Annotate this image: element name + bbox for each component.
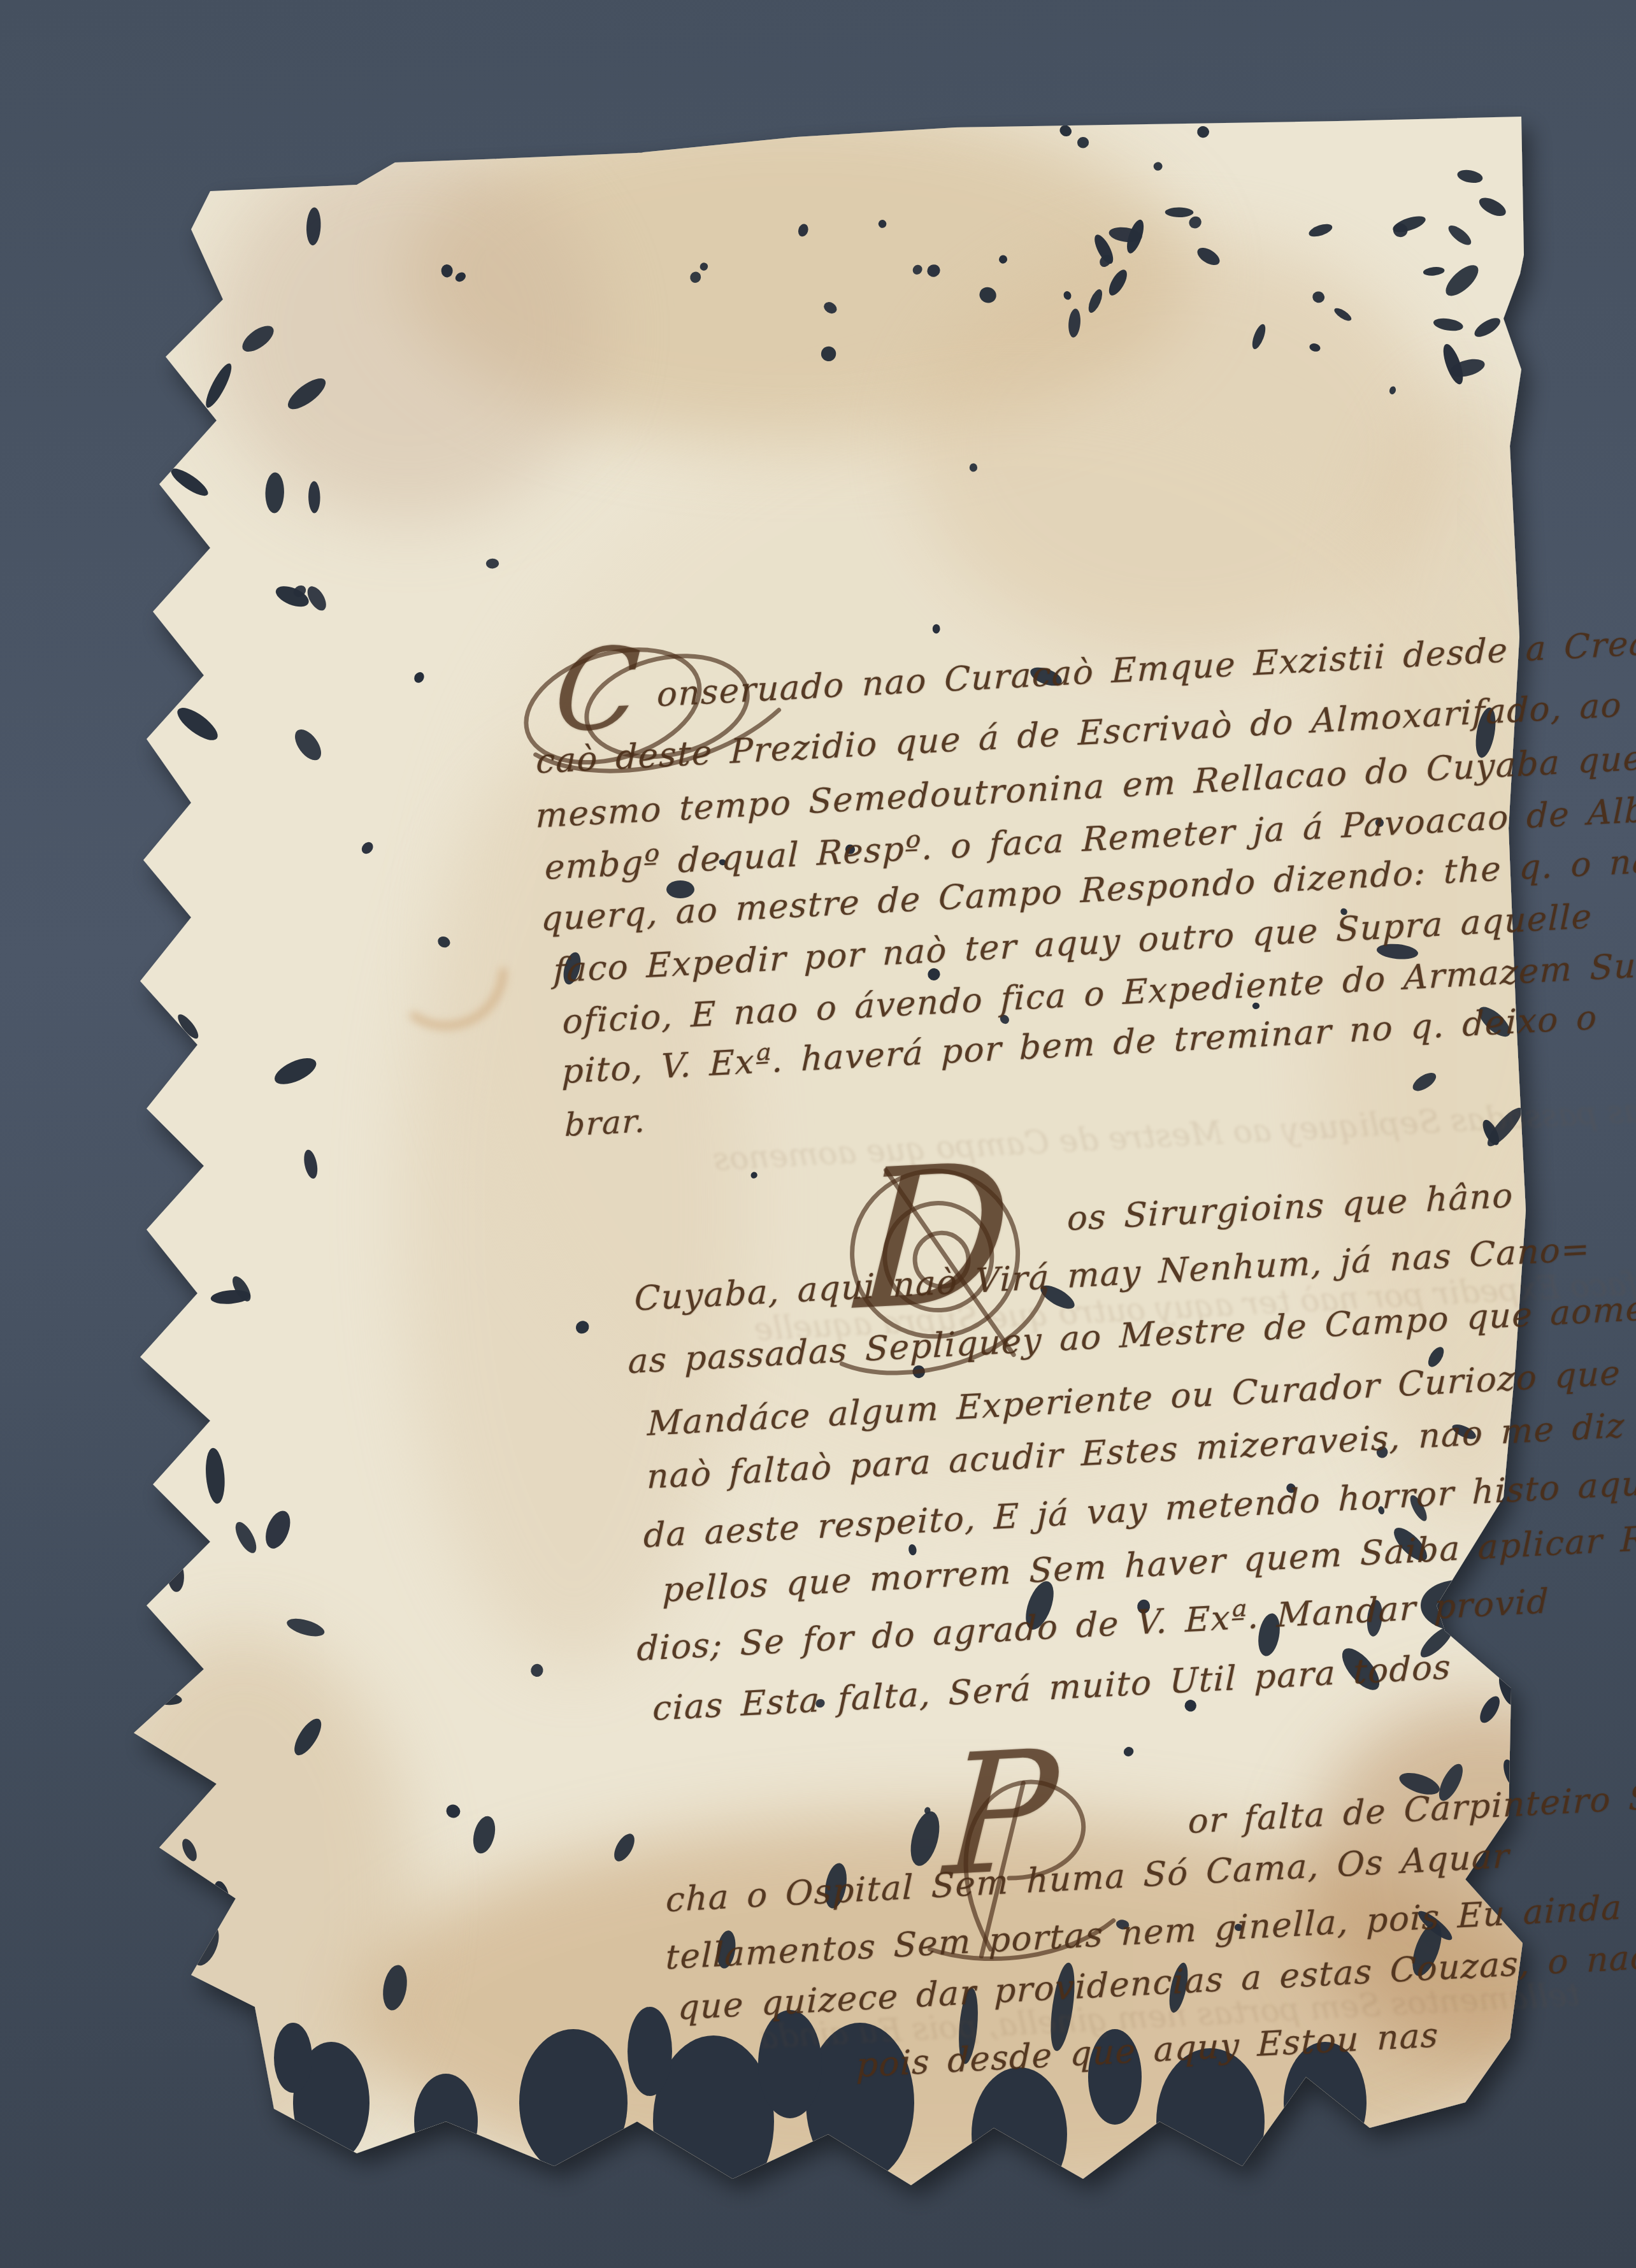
photograph-of-manuscript: C onseruado nao Curacaò Emque Exzistii d… [0,0,1636,2268]
manuscript-page [0,0,1636,2268]
